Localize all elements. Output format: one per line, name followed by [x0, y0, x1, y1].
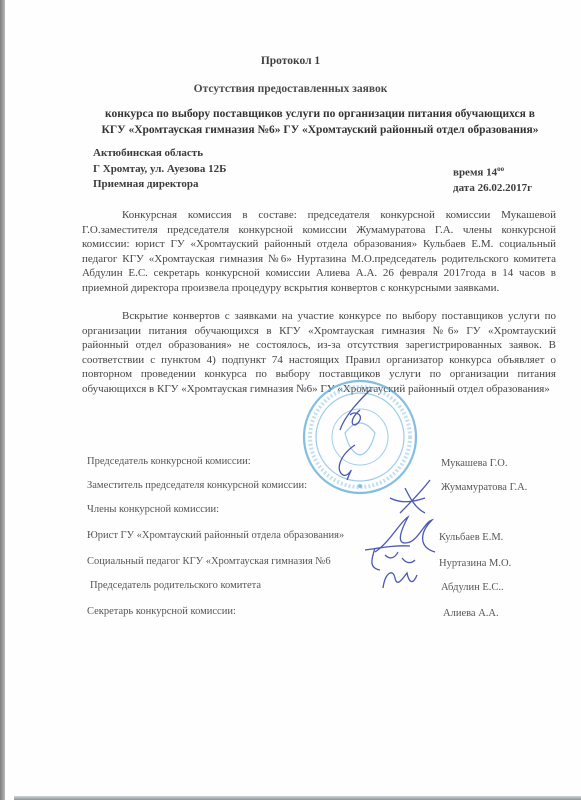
scanned-document-page: Протокол 1 Отсутствия предоставленных за…	[0, 0, 581, 800]
paragraph-commission: Конкурсная комиссия в составе: председат…	[82, 208, 556, 296]
signature-chair-icon	[330, 385, 380, 435]
heading-line-1: конкурса по выбору поставщиков услуги по…	[0, 108, 581, 120]
location-region: Актюбинская область	[93, 147, 203, 159]
meeting-date: дата 26.02.2017г	[453, 182, 532, 194]
signature-secretary-icon	[375, 563, 420, 593]
signature-deputy-icon	[325, 440, 365, 485]
meeting-time-superscript: оо	[497, 165, 504, 173]
signature-label-members: Члены конкурсной комиссии:	[87, 504, 219, 515]
signature-label-deputy: Заместитель председателя конкурсной коми…	[87, 480, 307, 491]
heading-line-2: КГУ «Хромтауская гимназия №6» ГУ «Хромта…	[0, 124, 581, 136]
signature-name-chair: Мукашева Г.О.	[441, 458, 508, 469]
scan-edge-bottom	[14, 796, 581, 800]
scan-edge-left	[0, 0, 5, 800]
signature-label-secretary: Секретарь конкурсной комиссии:	[87, 606, 236, 617]
document-subtitle: Отсутствия предоставленных заявок	[0, 83, 581, 95]
signature-label-chair: Председатель конкурсной комиссии:	[87, 456, 251, 467]
signature-name-social-pedagogue: Нуртазина М.О.	[439, 558, 511, 569]
signature-label-parent-committee: Председатель родительского комитета	[90, 580, 261, 591]
signature-label-lawyer: Юрист ГУ «Хромтауский районный отдела об…	[87, 530, 344, 541]
signature-name-secretary: Алиева А.А.	[443, 608, 499, 619]
signature-name-deputy: Жумамуратова Г.А.	[441, 482, 527, 493]
meeting-time-label: время 14	[453, 167, 497, 179]
location-room: Приемная директора	[93, 178, 199, 190]
signature-name-parent-committee: Абдулин Е.С..	[441, 582, 504, 593]
meeting-time: время 14оо	[453, 165, 504, 179]
location-address: Г Хромтау, ул. Ауезова 12Б	[93, 163, 226, 175]
document-title: Протокол 1	[0, 55, 581, 67]
signature-name-lawyer: Кульбаев Е.М.	[439, 532, 503, 543]
signature-label-social-pedagogue: Социальный педагог КГУ «Хромтауская гимн…	[87, 556, 331, 567]
